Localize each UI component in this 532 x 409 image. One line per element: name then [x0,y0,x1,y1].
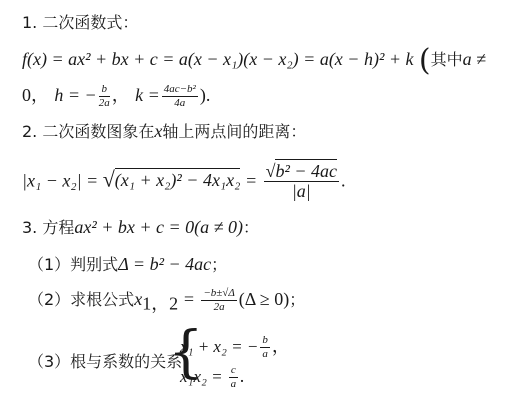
vieta-item: （3）根与系数的关系 [28,351,182,373]
item3-label: （3）根与系数的关系 [28,352,182,371]
distance-numerator: √b² − 4ac [264,162,339,182]
h-denominator: 2a [99,97,110,109]
item1-end: ； [211,255,227,274]
section-2-heading: 2. 二次函数图象在x轴上两点间的距离： [22,120,306,143]
equals: = [178,289,199,309]
forms-equation: f(x) = ax² + bx + c = a(x − x₁)(x − x₂) … [22,49,413,69]
vieta-row-product: x₁x₂ = ca. [180,365,244,390]
root-var: x [134,289,142,309]
sum-numerator: b [260,335,270,348]
sum-denominator: a [260,348,270,360]
period: . [240,366,245,386]
condition-prefix: 其中 [431,50,463,69]
equals: = [240,170,261,190]
sqrt-icon: √ [103,166,115,191]
equation: ax² + bx + c = 0(a ≠ 0) [74,217,243,237]
heading-suffix: ： [243,218,259,237]
section-3-heading: 3. 方程ax² + bx + c = 0(a ≠ 0)： [22,216,259,239]
k-label: k = [135,85,160,105]
h-fraction: b2a [99,84,110,109]
separator: ， [112,85,130,105]
sqrt-content: (x₁ + x₂)² − 4x₁x₂ [115,168,241,190]
root-fraction: −b±√Δ2a [201,288,236,313]
discriminant-item: （1）判别式Δ = b² − 4ac； [28,253,227,276]
zero: 0， [22,85,49,105]
distance-denominator: |a| [264,182,339,202]
product-fraction: ca [229,365,238,390]
quadratic-forms-formula: f(x) = ax² + bx + c = a(x − x₁)(x − x₂) … [22,48,486,72]
h-numerator: b [99,84,110,97]
item1-label: （1）判别式 [28,255,118,274]
distance-formula: |x₁ − x₂| = √(x₁ + x₂)² − 4x₁x₂ = √b² − … [22,162,346,202]
vertex-params-line: 0， h = −b2a， k =4ac−b²4a). [22,84,210,109]
root-numerator: −b±√Δ [201,288,236,301]
root-formula-item: （2）求根公式x1，2 = −b±√Δ2a(Δ ≥ 0)； [28,288,305,313]
heading-suffix: 轴上两点间的距离： [162,122,306,141]
product-denominator: a [229,378,238,390]
item2-label: （2）求根公式 [28,290,134,309]
discriminant-formula: Δ = b² − 4ac [118,254,211,274]
comma: ， [272,336,290,356]
sum-formula: x₁ + x₂ = − [180,337,258,356]
h-label: h = − [54,85,96,105]
vieta-row-sum: x₁ + x₂ = −ba， [180,332,290,360]
condition-a: a ≠ [463,49,486,69]
item2-end: ； [289,290,305,309]
k-fraction: 4ac−b²4a [162,84,198,109]
numerator-radicand: b² − 4ac [275,159,337,181]
heading-prefix: 3. 方程 [22,218,74,237]
product-numerator: c [229,365,238,378]
distance-fraction: √b² − 4ac|a| [264,162,339,202]
root-subscript: 1，2 [142,293,178,313]
distance-lhs: |x₁ − x₂| = [22,170,103,190]
k-denominator: 4a [162,97,198,109]
heading-prefix: 2. 二次函数图象在 [22,122,154,141]
sum-fraction: ba [260,335,270,360]
period: . [341,170,346,190]
section-1-heading: 1. 二次函数式： [22,12,138,34]
root-denominator: 2a [201,301,236,313]
close-paren: ). [200,85,211,105]
open-paren: ( [419,43,431,78]
root-condition: (Δ ≥ 0) [239,289,289,309]
product-formula: x₁x₂ = [180,367,227,386]
k-numerator: 4ac−b² [162,84,198,97]
